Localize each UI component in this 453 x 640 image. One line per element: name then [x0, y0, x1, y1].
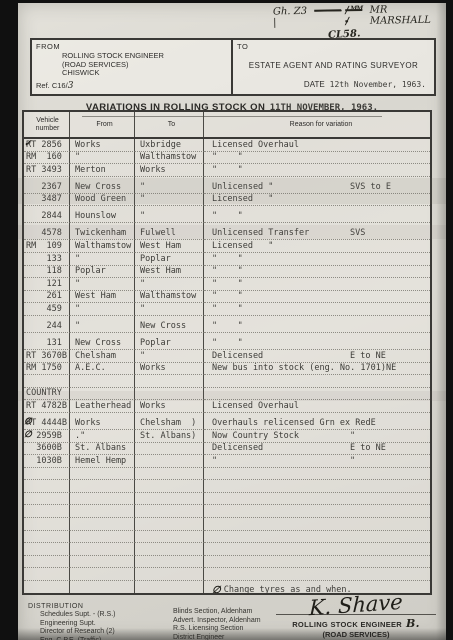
cell-r: Unlicensed TransferSVS: [204, 223, 430, 240]
cell-f: Leatherhead: [70, 400, 135, 413]
column-header-to: To: [135, 112, 204, 137]
cell-f: ": [70, 253, 135, 266]
footer: DISTRIBUTION Schedules Supt. - (R.S.) En…: [18, 600, 446, 640]
handwritten-mark: ∅: [24, 430, 32, 441]
cell-f: [70, 388, 135, 401]
cell-r: " ": [204, 303, 430, 316]
cell-v: RM 109: [24, 240, 70, 253]
signatory-title: ROLLING STOCK ENGINEER: [292, 620, 402, 629]
date-label: DATE: [304, 80, 325, 89]
blank-row: [24, 375, 430, 388]
cell-r: [204, 505, 430, 518]
cell-f: [70, 568, 135, 581]
blank-row: [24, 568, 430, 581]
cell-t: [135, 493, 204, 506]
cell-r: " ": [204, 206, 430, 223]
table-row: 261West HamWalthamstow" ": [24, 291, 430, 304]
cell-f: [70, 493, 135, 506]
transfer-note: ": [350, 431, 406, 442]
column-header-from: From: [70, 112, 135, 137]
cell-v: [24, 581, 70, 595]
cell-r: " ": [204, 253, 430, 266]
blank-row: [24, 480, 430, 493]
cell-f: Hemel Hemp: [70, 455, 135, 468]
cell-r: [204, 480, 430, 493]
transfer-note: E: [371, 418, 427, 429]
cell-v: [24, 468, 70, 481]
cell-v: ∅ 2959B: [24, 430, 70, 443]
cell-v: RT 3670B: [24, 350, 70, 363]
sender-line: CHISWICK: [62, 69, 227, 78]
cell-v: ✓RT 2856: [24, 139, 70, 152]
table-row: RT 4782BLeatherheadWorksLicensed Overhau…: [24, 400, 430, 413]
cell-f: Walthamstow: [70, 240, 135, 253]
handwritten-initials: Gh. Z3 |: [273, 6, 311, 29]
table-row: 244"New Cross" ": [24, 316, 430, 333]
table-row: RM 1750A.E.C.WorksNew bus into stock (en…: [24, 363, 430, 376]
cell-r: Licensed Overhaul: [204, 400, 430, 413]
cell-f: Merton: [70, 164, 135, 177]
cell-r: [204, 568, 430, 581]
cell-r: " ": [204, 278, 430, 291]
cell-f: ": [70, 303, 135, 316]
cell-v: RT 4782B: [24, 400, 70, 413]
distribution-item: Eng. C.P.E. (Traffic): [40, 637, 115, 640]
cell-v: 131: [24, 333, 70, 350]
blank-row: [24, 556, 430, 569]
ref-handwritten-value: 3: [68, 81, 74, 91]
cell-r: Licensed ": [204, 240, 430, 253]
distribution-item: Advert. Inspector, Aldenham: [173, 617, 261, 626]
transfer-note: E to NE: [350, 351, 406, 362]
handwritten-annotations: Gh. Z3 | ——— / ᴹᴹ / MR MARSHALL CL58.: [273, 5, 445, 38]
table-row: 2844Hounslow"" ": [24, 206, 430, 223]
cell-t: ": [135, 194, 204, 207]
cell-v: RM 1750: [24, 363, 70, 376]
cell-t: Works: [135, 164, 204, 177]
cell-r: Overhauls relicensed Grn ex RedE: [204, 413, 430, 430]
table-row: ∅ 2959B."St. Albans)Now Country Stock": [24, 430, 430, 443]
cell-f: [70, 468, 135, 481]
transfer-note: SVS to E: [350, 182, 406, 193]
cell-f: Hounslow: [70, 206, 135, 223]
cell-t: St. Albans): [135, 430, 204, 443]
table-row: ∅RT 4444BWorksChelsham )Overhauls relice…: [24, 413, 430, 430]
signatory-subtitle: (ROAD SERVICES): [276, 630, 436, 639]
cell-t: Walthamstow: [135, 152, 204, 165]
cell-t: West Ham: [135, 266, 204, 279]
handwritten-mark: ✓: [24, 139, 32, 150]
cell-f: Works: [70, 139, 135, 152]
cell-f: [70, 556, 135, 569]
cell-r: [204, 493, 430, 506]
cell-f: .": [70, 430, 135, 443]
column-header-reason: Reason for variation: [204, 112, 430, 137]
cell-t: [135, 568, 204, 581]
cell-v: [24, 518, 70, 531]
cell-t: [135, 531, 204, 544]
cell-f: New Cross: [70, 333, 135, 350]
cell-r: [204, 531, 430, 544]
scanned-document: Gh. Z3 | ——— / ᴹᴹ / MR MARSHALL CL58. FR…: [18, 3, 446, 640]
cell-r: [204, 518, 430, 531]
date-value: 12th November, 1963.: [330, 80, 426, 89]
cell-r: " ": [204, 291, 430, 304]
table-row: 121""" ": [24, 278, 430, 291]
cell-r: [204, 543, 430, 556]
cell-t: [135, 543, 204, 556]
cell-v: 133: [24, 253, 70, 266]
cell-r: " ": [204, 316, 430, 333]
cell-t: [135, 556, 204, 569]
handwritten-initial: B.: [406, 617, 420, 630]
cell-f: ": [70, 316, 135, 333]
cell-r: New bus into stock (eng. No. 1701)NE: [204, 363, 430, 376]
cell-t: Walthamstow: [135, 291, 204, 304]
transfer-note: SVS: [350, 228, 406, 239]
to-cell: TO ESTATE AGENT AND RATING SURVEYOR DATE…: [233, 40, 434, 94]
cell-v: 2367: [24, 177, 70, 194]
cell-r: DelicensedE to NE: [204, 443, 430, 456]
from-to-box: FROM ROLLING STOCK ENGINEER (ROAD SERVIC…: [30, 38, 436, 96]
cell-v: 1030B: [24, 455, 70, 468]
transfer-note: E to NE: [350, 443, 406, 454]
cell-t: Uxbridge: [135, 139, 204, 152]
cell-r: " ": [204, 152, 430, 165]
cell-t: ": [135, 350, 204, 363]
cell-t: [135, 375, 204, 388]
table-row: 118PoplarWest Ham" ": [24, 266, 430, 279]
blank-row: [24, 493, 430, 506]
variations-table: Vehicle number From To Reason for variat…: [22, 110, 432, 595]
distribution-item: Engineering Supt.: [40, 620, 115, 629]
blank-row: [24, 505, 430, 518]
cell-f: New Cross: [70, 177, 135, 194]
cell-v: [24, 493, 70, 506]
distribution-item: R.S. Licensing Section: [173, 625, 261, 634]
cell-t: Chelsham ): [135, 413, 204, 430]
cell-r: Licensed Overhaul: [204, 139, 430, 152]
distribution-label: DISTRIBUTION: [28, 603, 115, 610]
cell-v: 3600B: [24, 443, 70, 456]
cell-v: 121: [24, 278, 70, 291]
cell-f: [70, 543, 135, 556]
handwritten-name: MR MARSHALL: [370, 4, 446, 27]
distribution-list-2: Blinds Section, Aldenham Advert. Inspect…: [173, 608, 261, 640]
cell-f: Poplar: [70, 266, 135, 279]
cell-v: [24, 505, 70, 518]
cell-v: 2844: [24, 206, 70, 223]
cell-t: [135, 581, 204, 595]
cell-t: ": [135, 278, 204, 291]
cell-r: " ": [204, 164, 430, 177]
cell-r: [204, 388, 430, 401]
cell-t: [135, 443, 204, 456]
recipient: ESTATE AGENT AND RATING SURVEYOR: [237, 61, 430, 70]
from-cell: FROM ROLLING STOCK ENGINEER (ROAD SERVIC…: [32, 40, 233, 94]
table-body: ✓RT 2856WorksUxbridgeLicensed OverhaulRM…: [24, 139, 430, 595]
cell-r: [204, 468, 430, 481]
struck-out-scribble: ———: [314, 5, 341, 16]
signature-block: K. Shave ROLLING STOCK ENGINEER B. (ROAD…: [276, 594, 436, 639]
cell-r: " ": [204, 333, 430, 350]
cell-t: Poplar: [135, 333, 204, 350]
cell-r: [204, 556, 430, 569]
cell-r: Now Country Stock": [204, 430, 430, 443]
section-row: COUNTRY: [24, 388, 430, 401]
table-row: 4578TwickenhamFulwellUnlicensed Transfer…: [24, 223, 430, 240]
cell-v: 244: [24, 316, 70, 333]
table-row: RM 109WalthamstowWest HamLicensed ": [24, 240, 430, 253]
cell-v: [24, 375, 70, 388]
cell-v: 459: [24, 303, 70, 316]
cell-t: Poplar: [135, 253, 204, 266]
cell-f: [70, 375, 135, 388]
cell-v: 4578: [24, 223, 70, 240]
cell-f: [70, 505, 135, 518]
column-header-vehicle-number: Vehicle number: [24, 112, 70, 137]
cell-v: 3487: [24, 194, 70, 207]
cell-f: [70, 480, 135, 493]
table-row: ✓RT 2856WorksUxbridgeLicensed Overhaul: [24, 139, 430, 152]
blank-row: [24, 518, 430, 531]
from-label: FROM: [36, 42, 227, 51]
cell-t: ": [135, 177, 204, 194]
cell-t: ": [135, 303, 204, 316]
table-header: Vehicle number From To Reason for variat…: [24, 112, 430, 139]
cell-f: [70, 518, 135, 531]
handwritten-mark: ∅: [24, 417, 32, 428]
cell-r: DelicensedE to NE: [204, 350, 430, 363]
cell-f: [70, 581, 135, 595]
cell-v: [24, 556, 70, 569]
cell-v: [24, 543, 70, 556]
table-row: 3487Wood Green"Licensed ": [24, 194, 430, 207]
cell-v: [24, 480, 70, 493]
blank-row: [24, 468, 430, 481]
table-row: 459""" ": [24, 303, 430, 316]
cell-f: A.E.C.: [70, 363, 135, 376]
cell-t: West Ham: [135, 240, 204, 253]
cell-r: "": [204, 455, 430, 468]
table-row: RM 160"Walthamstow" ": [24, 152, 430, 165]
cell-t: [135, 480, 204, 493]
cell-v: COUNTRY: [24, 388, 70, 401]
cell-f: [70, 531, 135, 544]
transfer-note: ": [350, 456, 406, 467]
cell-t: [135, 518, 204, 531]
table-row: 3600BSt. Albans DelicensedE to NE: [24, 443, 430, 456]
transfer-note: NE: [386, 363, 430, 374]
cell-v: 261: [24, 291, 70, 304]
cell-f: St. Albans: [70, 443, 135, 456]
cell-t: ": [135, 206, 204, 223]
cell-r: " ": [204, 266, 430, 279]
cell-r: [204, 375, 430, 388]
distribution-item: Director of Research (2): [40, 628, 115, 637]
cell-t: New Cross: [135, 316, 204, 333]
blank-row: [24, 531, 430, 544]
cell-t: [135, 468, 204, 481]
cell-v: RT 3493: [24, 164, 70, 177]
cell-t: [135, 505, 204, 518]
table-row: 2367New Cross"Unlicensed "SVS to E: [24, 177, 430, 194]
table-row: RT 3670BChelsham"DelicensedE to NE: [24, 350, 430, 363]
cell-v: 118: [24, 266, 70, 279]
blank-row: [24, 543, 430, 556]
cell-t: [135, 455, 204, 468]
cell-t: [135, 388, 204, 401]
cell-r: Licensed ": [204, 194, 430, 207]
cell-t: Works: [135, 400, 204, 413]
to-label: TO: [237, 42, 430, 51]
cell-t: Works: [135, 363, 204, 376]
table-row: 131New CrossPoplar" ": [24, 333, 430, 350]
cell-v: ∅RT 4444B: [24, 413, 70, 430]
cell-f: ": [70, 278, 135, 291]
cell-f: Twickenham: [70, 223, 135, 240]
cell-t: Fulwell: [135, 223, 204, 240]
cell-r: Unlicensed "SVS to E: [204, 177, 430, 194]
cell-f: West Ham: [70, 291, 135, 304]
table-row: 1030BHemel Hemp "": [24, 455, 430, 468]
signature: K. Shave: [309, 591, 403, 620]
struck-out-scribble: / ᴹᴹ /: [345, 5, 366, 27]
ref-label: Ref. C16/: [36, 81, 68, 90]
distribution-item: Schedules Supt. - (R.S.): [40, 611, 115, 620]
cell-v: [24, 531, 70, 544]
distribution-item: District Engineer: [173, 634, 261, 640]
table-row: RT 3493MertonWorks" ": [24, 164, 430, 177]
distribution-item: Blinds Section, Aldenham: [173, 608, 261, 617]
handwritten-mark: ∅: [212, 585, 221, 595]
cell-v: [24, 568, 70, 581]
table-row: 133"Poplar" ": [24, 253, 430, 266]
cell-f: Chelsham: [70, 350, 135, 363]
cell-f: ": [70, 152, 135, 165]
cell-v: RM 160: [24, 152, 70, 165]
cell-f: Wood Green: [70, 194, 135, 207]
cell-f: Works: [70, 413, 135, 430]
distribution-list: DISTRIBUTION Schedules Supt. - (R.S.) En…: [28, 603, 115, 640]
